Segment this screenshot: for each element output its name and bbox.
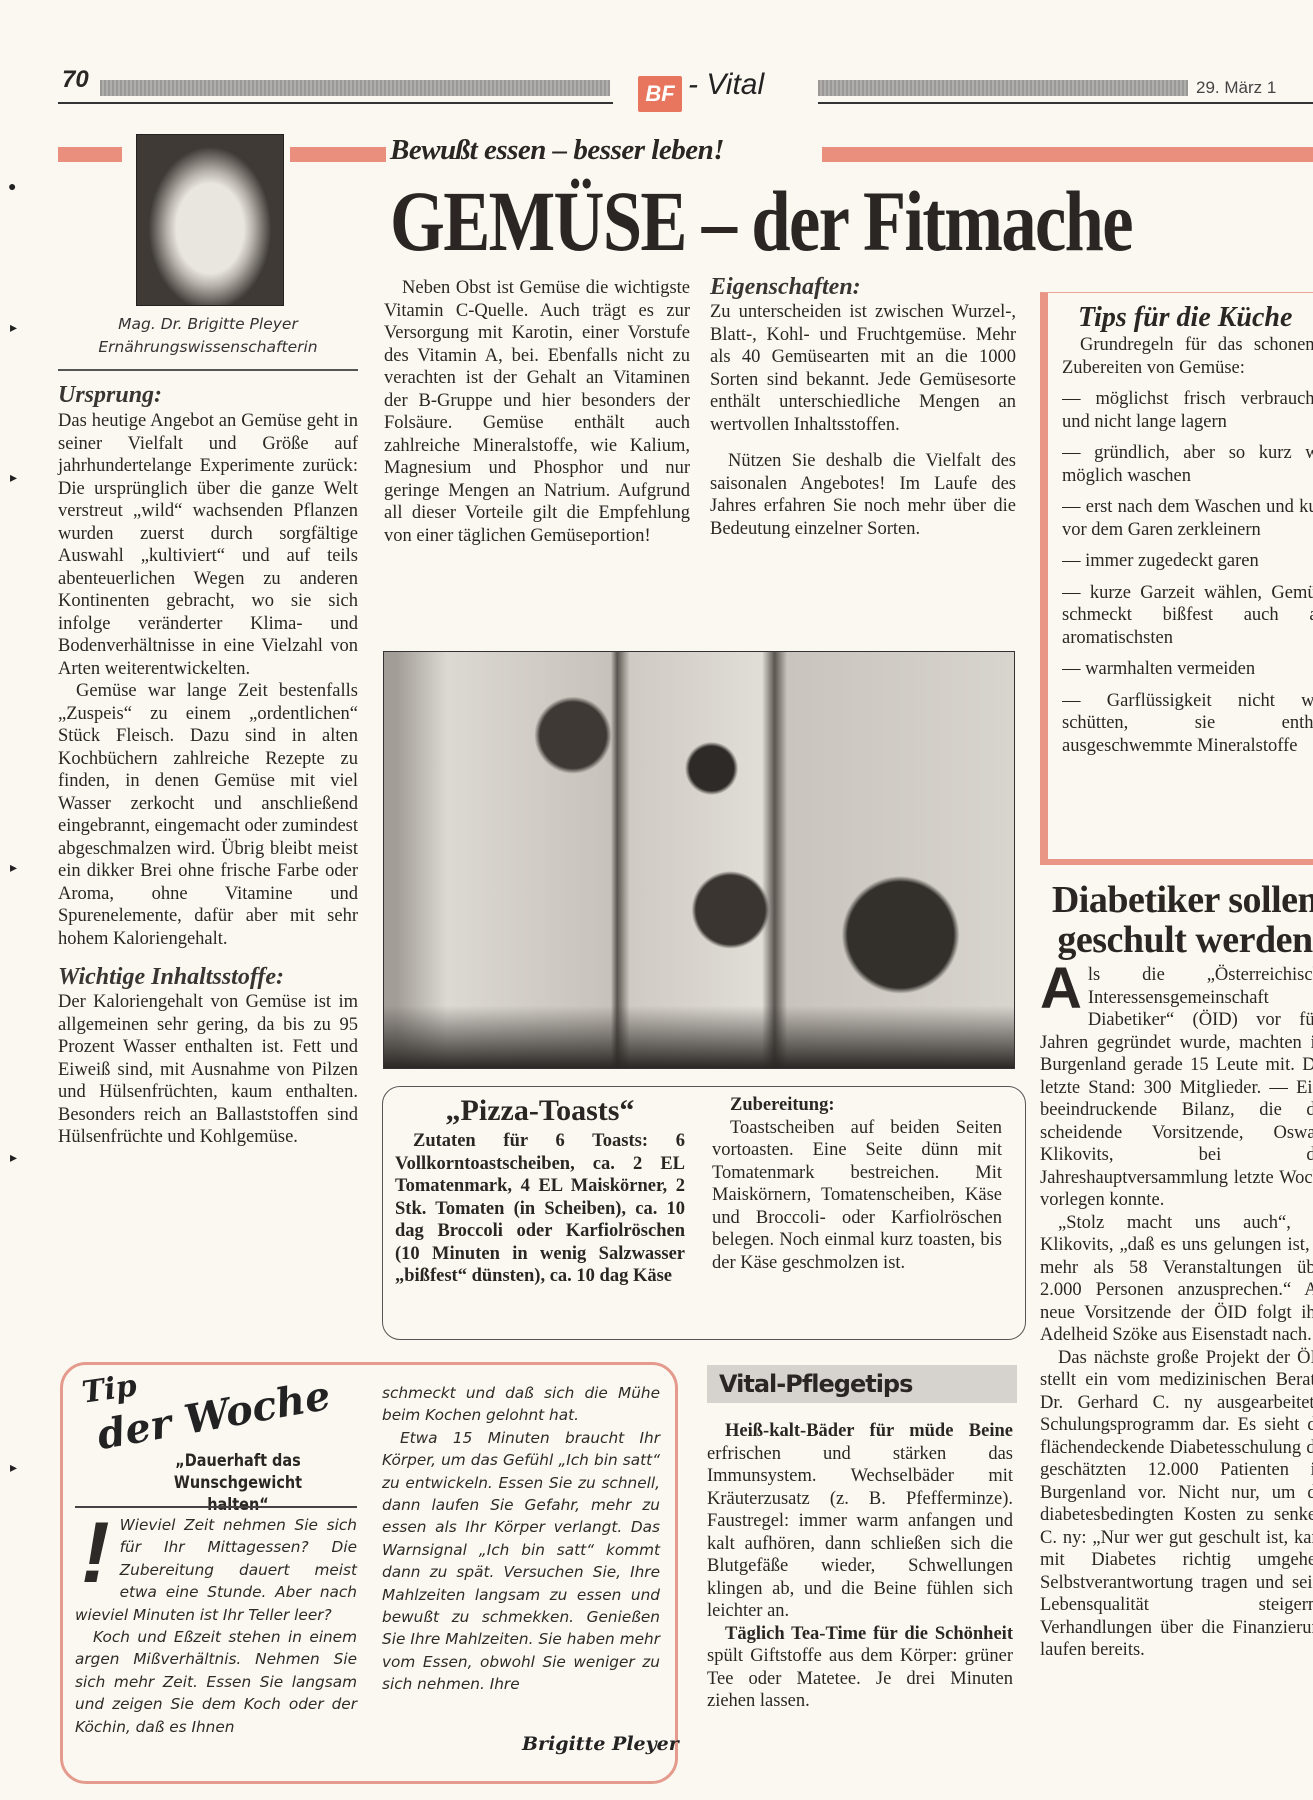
diabetes-headline: Diabetiker sollen geschult werden [1040, 880, 1313, 960]
column-intro: Neben Obst ist Gemüse die wichtigste Vit… [384, 277, 690, 547]
margin-mark: ▸ [10, 320, 17, 337]
tip-column-left: !Wieviel Zeit nehmen Sie sich für Ihr Mi… [75, 1514, 357, 1738]
prep-heading: Zubereitung: [712, 1094, 1002, 1117]
paragraph-text: Wieviel Zeit nehmen Sie sich für Ihr Mit… [75, 1516, 357, 1624]
tip-rule [75, 1506, 357, 1508]
kitchen-tips-body: Grundregeln für das schonende Zubereiten… [1062, 334, 1313, 757]
kitchen-tip-item: — immer zugedeckt garen [1062, 550, 1313, 573]
kitchen-tip-item: — kurze Garzeit wählen, Gemüse schmeckt … [1062, 582, 1313, 650]
kitchen-tip-item: — Garflüssigkeit nicht weg schütten, sie… [1062, 690, 1313, 758]
recipe-ingredients: „Pizza-Toasts“ Zutaten für 6 Toasts: 6 V… [395, 1094, 685, 1288]
header-rule-right [818, 102, 1313, 104]
paragraph: Nützen Sie deshalb die Vielfalt des sais… [710, 450, 1016, 540]
tip-bold: Heiß-kalt-Bäder für müde Beine [725, 1421, 1013, 1441]
author-portrait [136, 134, 284, 306]
kitchen-tips: Tips für die Küche Grundregeln für das s… [1062, 302, 1313, 757]
bf-logo: BF [638, 76, 682, 112]
column-eigenschaften: Eigenschaften: Zu unterscheiden ist zwis… [710, 274, 1016, 540]
paragraph: Das nächste große Projekt der ÖID stellt… [1040, 1347, 1313, 1662]
diabetes-headline-line: geschult werden [1040, 920, 1313, 960]
article-body: Zu unterscheiden ist zwischen Wurzel-, B… [710, 301, 1016, 540]
header-rule-left [58, 102, 613, 104]
author-rule [58, 369, 358, 371]
paragraph: Etwa 15 Minuten braucht Ihr Körper, um d… [382, 1427, 660, 1696]
ingredients-text: Zutaten für 6 Toasts: 6 Vollkorntoastsch… [395, 1130, 685, 1288]
paragraph: Neben Obst ist Gemüse die wichtigste Vit… [384, 277, 690, 547]
subhead-ursprung: Ursprung: [58, 382, 358, 409]
diabetes-body: Als die „Österreichische Interessensgeme… [1040, 964, 1313, 1662]
paragraph: „Stolz macht uns auch“, so Klikovits, „d… [1040, 1212, 1313, 1347]
subhead-eigenschaften: Eigenschaften: [710, 274, 1016, 301]
kitchen-tip-item: — erst nach dem Waschen und kurz vor dem… [1062, 496, 1313, 541]
margin-mark: ▸ [10, 1460, 17, 1477]
red-bar-right [822, 147, 1313, 162]
tip-bold: Täglich Tea-Time für die Schönheit [725, 1624, 1013, 1644]
subhead-inhaltsstoffe: Wichtige Inhaltsstoffe: [58, 964, 358, 991]
vital-care-body: Heiß-kalt-Bäder für müde Beine erfrische… [707, 1420, 1013, 1713]
margin-mark: ▸ [10, 1150, 17, 1167]
issue-date: 29. März 1 [1196, 78, 1276, 98]
column-ursprung: Ursprung: Das heutige Angebot an Gemüse … [58, 382, 358, 1149]
kitchen-tip-item: — möglichst frisch verbrauchen und nicht… [1062, 388, 1313, 433]
recipe-preparation: Zubereitung: Toastscheiben auf beiden Se… [712, 1094, 1002, 1274]
diabetes-headline-line: Diabetiker sollen [1040, 880, 1313, 920]
margin-mark: ● [8, 180, 16, 196]
red-bar-mid [290, 147, 386, 162]
paragraph: Der Kaloriengehalt von Gemüse ist im all… [58, 991, 358, 1149]
page-number: 70 [62, 66, 89, 94]
tip-text: spült Giftstoffe aus dem Körper: grüner … [707, 1646, 1013, 1711]
paragraph: Das heutige Angebot an Gemüse geht in se… [58, 410, 358, 680]
exclamation-icon: ! [81, 1514, 110, 1592]
kicker: Bewußt essen – besser leben! [390, 134, 724, 167]
paragraph: Heiß-kalt-Bäder für müde Beine erfrische… [707, 1420, 1013, 1623]
paragraph: Zu unterscheiden ist zwischen Wurzel-, B… [710, 301, 1016, 436]
tip-column-right: schmeckt und daß sich die Mühe beim Koch… [382, 1382, 660, 1696]
prep-text: Toastscheiben auf beiden Seiten vortoast… [712, 1117, 1002, 1275]
paragraph: schmeckt und daß sich die Mühe beim Koch… [382, 1382, 660, 1427]
vital-care-title: Vital-Pflegetips [707, 1365, 1017, 1403]
kitchen-tips-intro: Grundregeln für das schonende Zubereiten… [1062, 334, 1313, 379]
tip-text: erfrischen und stärken das Immunsystem. … [707, 1444, 1013, 1622]
signature: Brigitte Pleyer [522, 1733, 679, 1755]
paragraph: Als die „Österreichische Interessensgeme… [1040, 964, 1313, 1212]
paragraph: !Wieviel Zeit nehmen Sie sich für Ihr Mi… [75, 1514, 357, 1626]
drop-cap: A [1040, 966, 1082, 1012]
diabetes-article: Diabetiker sollen geschult werden Als di… [1040, 880, 1313, 1800]
author-caption: Mag. Dr. Brigitte Pleyer Ernährungswisse… [58, 313, 358, 359]
author-title: Ernährungswissenschafterin [58, 336, 358, 359]
paragraph: Gemüse war lange Zeit bestenfalls „Zuspe… [58, 680, 358, 950]
red-bar-left [58, 147, 122, 162]
article-body: Das heutige Angebot an Gemüse geht in se… [58, 410, 358, 950]
pizza-toast-photo [383, 651, 1015, 1069]
article-body: Der Kaloriengehalt von Gemüse ist im all… [58, 991, 358, 1149]
author-name: Mag. Dr. Brigitte Pleyer [58, 313, 358, 336]
kitchen-tip-item: — gründlich, aber so kurz wie möglich wa… [1062, 442, 1313, 487]
page-headline: GEMÜSE – der Fitmache [390, 178, 1132, 264]
recipe-title: „Pizza-Toasts“ [395, 1094, 685, 1128]
margin-mark: ▸ [10, 860, 17, 877]
header-bar-left [100, 80, 610, 96]
paragraph: Täglich Tea-Time für die Schönheit spült… [707, 1623, 1013, 1713]
kitchen-tips-title: Tips für die Küche [1078, 302, 1313, 334]
paragraph: Koch und Eßzeit stehen in einem argen Mi… [75, 1626, 357, 1738]
kitchen-tip-item: — warmhalten vermeiden [1062, 658, 1313, 681]
header-bar-right [818, 80, 1188, 96]
margin-mark: ▸ [10, 470, 17, 487]
section-title: - Vital [688, 68, 764, 102]
